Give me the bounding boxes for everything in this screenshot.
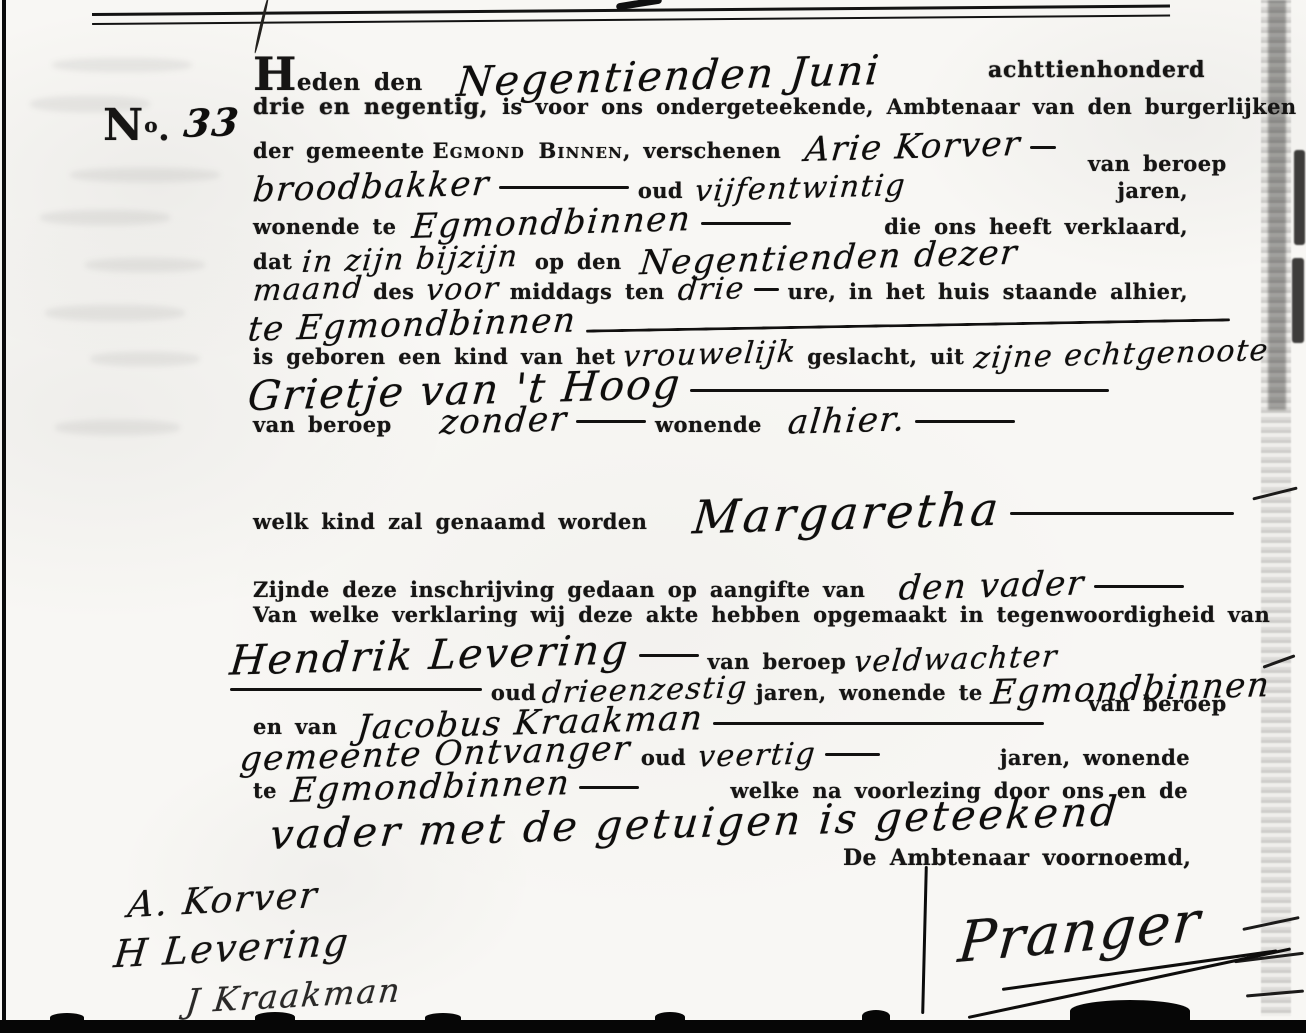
printed-oud-w1: oud <box>491 680 536 705</box>
printed-jaren-wonende-te: jaren, wonende te <box>756 680 983 705</box>
printed-welk-kind: welk kind zal genaamd worden <box>253 509 647 534</box>
printed-heden-den: Heden den <box>253 61 423 96</box>
fill-line <box>1030 146 1056 149</box>
printed-achttienhonderd: achttienhonderd <box>988 57 1205 83</box>
bleed-through-smudge <box>70 168 220 182</box>
scanned-birth-certificate: No.33 Heden den Negentienden Juni achtti… <box>0 0 1306 1033</box>
handwritten-maand: maand <box>251 270 365 308</box>
fill-line <box>701 222 791 225</box>
fill-line <box>1010 512 1234 515</box>
line-municipality-declarant: der gemeente Egmond Binnen , verschenen … <box>253 127 1065 167</box>
fill-line <box>576 420 646 423</box>
line-witnesses-intro: Van welke verklaring wij deze akte hebbe… <box>253 602 1270 627</box>
scan-bottom-bump <box>255 1012 295 1022</box>
fill-line <box>586 318 1229 332</box>
bleed-through-smudge <box>90 352 200 366</box>
scan-bottom-bump <box>862 1010 890 1022</box>
scan-bottom-blob <box>1070 1000 1190 1022</box>
printed-ambtenaar-voornoemd: De Ambtenaar voornoemd, <box>843 845 1191 871</box>
act-number-dot: . <box>158 109 170 149</box>
line-opening: Heden den Negentienden Juni <box>253 52 993 100</box>
printed-dat: dat <box>253 249 292 274</box>
line-child-name: welk kind zal genaamd worden Margaretha <box>253 486 1243 540</box>
handwritten-declarant-name: Arie Korver <box>803 124 1023 170</box>
scan-bottom-bump <box>50 1013 84 1022</box>
signature-brace-stroke <box>921 866 928 1014</box>
fill-line <box>579 786 639 789</box>
printed-official-intro: is voor ons ondergeteekende, Ambtenaar v… <box>502 94 1306 119</box>
bleed-through-smudge <box>85 258 205 272</box>
signature-witness1: A. Korver <box>126 875 321 926</box>
fill-line <box>230 688 482 691</box>
handwritten-mother-residence: alhier. <box>786 399 908 442</box>
printed-van-beroep-right2: van beroep <box>1088 691 1227 716</box>
edge-ink-blob <box>1292 258 1304 343</box>
printed-van-welke-verklaring: Van welke verklaring wij deze akte hebbe… <box>253 602 1270 627</box>
printed-jaren: jaren, <box>1117 178 1188 203</box>
fill-line <box>754 288 778 291</box>
handwritten-hour: drie <box>677 271 747 308</box>
fill-line <box>713 722 1044 725</box>
printed-des: des <box>373 279 414 304</box>
line-birth-time: maand des voor middags ten drie ure, in … <box>253 272 1188 307</box>
act-number-sup: o <box>144 113 158 137</box>
signature-witness2: H Levering <box>112 920 352 977</box>
printed-municipality-name: Egmond Binnen <box>433 138 623 163</box>
handwritten-child-name: Margaretha <box>691 482 1004 545</box>
scan-bottom-bump <box>655 1012 685 1022</box>
printed-der-gemeente: der gemeente <box>253 138 425 163</box>
scan-bottom-bump <box>425 1013 461 1022</box>
bleed-through-smudge <box>55 420 180 435</box>
page-fold-shadow <box>1268 0 1286 410</box>
act-number-value: 33 <box>182 99 242 146</box>
signature-witness3: J Kraakman <box>184 970 404 1021</box>
fill-line <box>499 186 629 189</box>
act-number-label: N <box>103 100 144 151</box>
printed-verschenen: , verschenen <box>623 138 781 163</box>
fill-line <box>690 389 1109 392</box>
scan-edge-line <box>2 0 6 1033</box>
printed-zijnde-inschrijving: Zijnde deze inschrijving gedaan op aangi… <box>253 577 865 602</box>
bleed-through-smudge <box>40 210 170 225</box>
line-residence: wonende te Egmondbinnen die ons heeft ve… <box>253 203 1188 243</box>
pen-stroke-artifact <box>254 0 270 54</box>
bleed-through-smudge <box>45 305 185 321</box>
fill-line <box>639 654 699 657</box>
printed-op-den: op den <box>535 249 622 274</box>
signature-official: Pranger <box>956 889 1204 976</box>
printed-wonende-te: wonende te <box>253 214 396 239</box>
line-registration-by: Zijnde deze inschrijving gedaan op aangi… <box>253 566 1193 606</box>
act-number: No.33 <box>103 100 240 151</box>
printed-van-beroep: van beroep <box>253 412 392 437</box>
edge-ink-blob <box>1294 150 1305 245</box>
fill-line <box>915 420 1015 423</box>
fill-line <box>825 753 880 756</box>
line-official-title: De Ambtenaar voornoemd, <box>843 845 1191 871</box>
printed-wonende: wonende <box>655 412 762 437</box>
line-year-official: drie en negentig, is voor ons ondergetee… <box>253 94 1183 120</box>
fill-line <box>1094 585 1184 588</box>
printed-ure-huis: ure, in het huis staande alhier, <box>788 279 1188 304</box>
line-mother-profession: van beroep zonder wonende alhier. <box>253 401 1163 441</box>
line-signing-clause: vader met de getuigen is geteekend <box>270 799 1120 847</box>
printed-middags-ten: middags ten <box>510 279 665 304</box>
line-profession-age: broodbakker oud vijfentwintig jaren, <box>253 167 1188 207</box>
printed-year: drie en negentig, <box>253 94 488 120</box>
handwritten-mother-profession: zonder <box>438 399 569 443</box>
bleed-through-smudge <box>52 58 192 72</box>
